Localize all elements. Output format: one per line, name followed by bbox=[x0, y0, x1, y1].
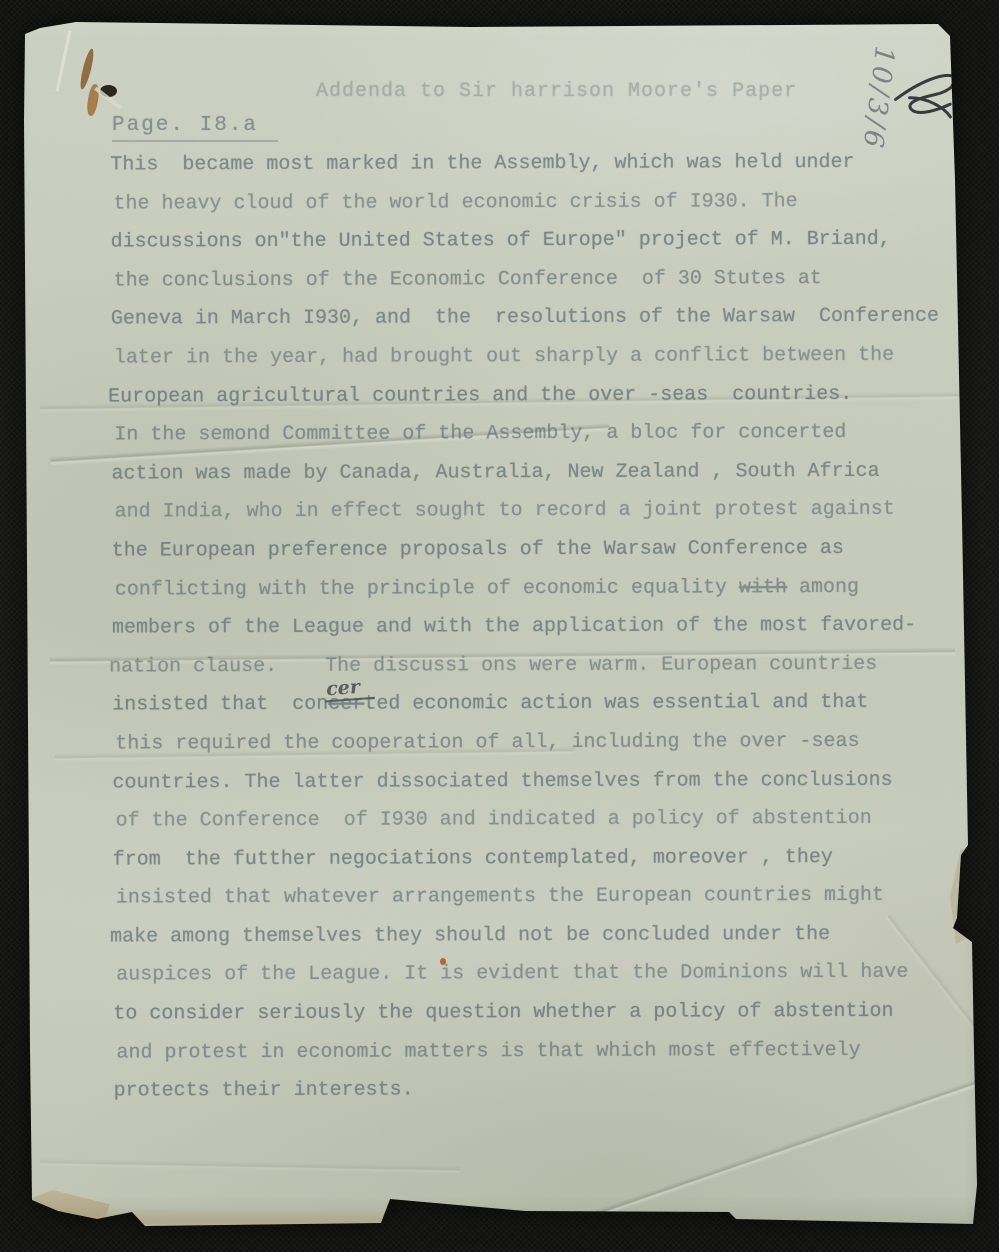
typed-line-text: the European preference proposals of the… bbox=[112, 537, 844, 563]
typed-line-text: insisted that con bbox=[112, 693, 328, 717]
typed-line: later in the year, had brought out sharp… bbox=[114, 343, 974, 385]
typed-line: make among themselves they should not be… bbox=[110, 922, 970, 964]
typed-line: insisted that whatever arrangements the … bbox=[116, 884, 976, 926]
typed-line: and protest in economic matters is that … bbox=[116, 1038, 976, 1080]
typed-line-text: This became most marked in the Assembly,… bbox=[110, 151, 854, 177]
typed-line-text: members of the League and with the appli… bbox=[112, 614, 916, 640]
typed-line: countries. The latter dissociated themse… bbox=[112, 768, 972, 810]
typed-line-text: the heavy cloud of the world economic cr… bbox=[113, 190, 797, 215]
typed-line: the heavy cloud of the world economic cr… bbox=[113, 189, 973, 231]
typed-line-text: the conclusions of the Economic Conferen… bbox=[114, 267, 822, 292]
typed-line: of the Conference of I930 and indicated … bbox=[116, 807, 976, 849]
typed-line-text: and protest in economic matters is that … bbox=[116, 1039, 860, 1065]
struck-word: with bbox=[739, 576, 787, 599]
typed-line: to consider seriously the question wheth… bbox=[113, 1000, 973, 1042]
typed-line-text: European agricultural countries and the … bbox=[108, 382, 852, 408]
typed-line-text: auspices of the League. It is evident th… bbox=[116, 961, 908, 987]
typed-line-text: make among themselves they should not be… bbox=[110, 923, 830, 949]
typed-line: nation clause. The discussi ons were war… bbox=[109, 652, 969, 694]
typed-line: from the futther negociations contemplat… bbox=[113, 845, 973, 887]
typed-line-text: protects their interests. bbox=[114, 1079, 414, 1103]
typed-line-text: from the futther negociations contemplat… bbox=[113, 846, 833, 872]
typed-line-text: nation clause. The discussi ons were war… bbox=[109, 653, 877, 679]
typed-body: This became most marked in the Assembly,… bbox=[110, 151, 973, 1119]
typed-line: members of the League and with the appli… bbox=[112, 614, 972, 656]
typed-line-text: and India, who in effect sought to recor… bbox=[115, 498, 895, 524]
typed-line-text: discussions on"the United States of Euro… bbox=[111, 228, 891, 254]
ink-scribble bbox=[893, 52, 973, 142]
typed-line-text: action was made by Canada, Australia, Ne… bbox=[111, 460, 879, 486]
paper-wrapper: Addenda to Sir harrison Moore's Paper Pa… bbox=[0, 0, 999, 1252]
handwritten-insertion: cer bbox=[323, 675, 374, 703]
typed-line-text: of the Conference of I930 and indicated … bbox=[116, 807, 872, 833]
typed-line: and India, who in effect sought to recor… bbox=[115, 498, 975, 540]
typed-line: In the semond Committee of the Assembly,… bbox=[114, 421, 974, 463]
typed-line-text: this required the cooperation of all, in… bbox=[115, 730, 859, 756]
typed-line-text: to consider seriously the question wheth… bbox=[113, 1000, 893, 1026]
typed-line: insisted that concerted economic action … bbox=[112, 691, 972, 733]
typed-line-text: among bbox=[787, 575, 859, 598]
page-heading: Page. I8.a bbox=[112, 114, 278, 142]
typed-line-text: conflicting with the principle of econom… bbox=[115, 576, 739, 601]
typed-line: conflicting with the principle of econom… bbox=[115, 575, 975, 617]
typed-line: action was made by Canada, Australia, Ne… bbox=[111, 459, 971, 501]
typed-line-text: In the semond Committee of the Assembly,… bbox=[114, 421, 846, 447]
typed-line: this required the cooperation of all, in… bbox=[115, 729, 975, 771]
typed-line-text: insisted that whatever arrangements the … bbox=[116, 884, 884, 910]
paper: Addenda to Sir harrison Moore's Paper Pa… bbox=[0, 0, 999, 1252]
typed-line: European agricultural countries and the … bbox=[108, 382, 968, 424]
typed-line: the European preference proposals of the… bbox=[112, 536, 972, 578]
typed-line: discussions on"the United States of Euro… bbox=[111, 228, 971, 270]
typed-line-text: later in the year, had brought out sharp… bbox=[114, 344, 894, 370]
typed-line-text: ted economic action was essential and th… bbox=[364, 691, 868, 716]
typed-line: protects their interests. bbox=[114, 1077, 974, 1119]
typed-line-text: Geneva in March I930, and the resolution… bbox=[111, 305, 939, 331]
typed-line: the conclusions of the Economic Conferen… bbox=[114, 266, 974, 308]
typed-line-text: countries. The latter dissociated themse… bbox=[112, 768, 892, 794]
typed-line: Geneva in March I930, and the resolution… bbox=[111, 305, 971, 347]
page-title: Addenda to Sir harrison Moore's Paper bbox=[316, 80, 797, 103]
typed-line: This became most marked in the Assembly,… bbox=[110, 151, 970, 193]
typed-line: auspices of the League. It is evident th… bbox=[116, 961, 976, 1003]
